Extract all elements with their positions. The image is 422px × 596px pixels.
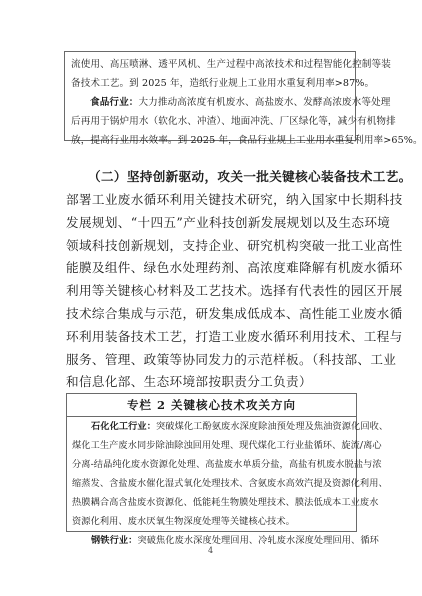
section-heading: （二）坚持创新驱动，攻关一批关键核心装备技术工艺。 bbox=[66, 166, 388, 189]
body-line-6: 技术综合集成与示范，研发集成低成本、高性能工业废水循 bbox=[66, 303, 366, 326]
food-industry-first-line: 大力推动高浓度有机废水、高盐废水、发酵高浓废水等处理 bbox=[138, 97, 390, 108]
body-line-4: 能膜及组件、绿色水处理药剂、高浓度难降解有机废水循环 bbox=[66, 257, 366, 280]
petro-industry-label: 石化化工行业： bbox=[91, 421, 156, 432]
body-line-8: 服务、管理、政策等协同发力的示范样板。（科技部、工业 bbox=[66, 349, 366, 372]
petro-line-5: 热膜耦合高含盐废水资源化、低能耗生物膜处理技术、膜法低成本工业废水 bbox=[72, 493, 352, 512]
petro-industry-paragraph: 石化化工行业：突破煤化工酚氨废水深度除油预处理及焦油资源化回收、 bbox=[72, 417, 352, 436]
steel-industry-label: 钢铁行业： bbox=[91, 535, 137, 546]
box1-line-2: 备技术工艺。到 2025 年，造纸行业规上工业用水重复利用率>87%。 bbox=[71, 74, 350, 93]
box2-body: 石化化工行业：突破煤化工酚氨废水深度除油预处理及焦油资源化回收、 煤化工生产废水… bbox=[67, 417, 356, 550]
food-industry-label: 食品行业： bbox=[90, 97, 138, 108]
page-number: 4 bbox=[208, 546, 213, 555]
box1-food-line-2: 后再用于锅炉用水（软化水、冲渣）、地面冲洗、厂区绿化等，减少有机物排 bbox=[71, 112, 350, 131]
petro-line-6: 资源化利用、废水厌氧生物深度处理等关键核心技术。 bbox=[72, 512, 352, 531]
box1-food-line-3: 放，提高行业用水效率。到 2025 年，食品行业规上工业用水重复利用率>65%。 bbox=[71, 131, 350, 150]
petro-first-line: 突破煤化工酚氨废水深度除油预处理及焦油资源化回收、 bbox=[156, 421, 388, 432]
text-box-key-technologies: 专栏 2 关键核心技术攻关方向 石化化工行业：突破煤化工酚氨废水深度除油预处理及… bbox=[66, 393, 357, 532]
body-line-2: 发展规划、“十四五”产业科技创新发展规划以及生态环境 bbox=[66, 212, 366, 235]
petro-line-4: 缩蒸发、含盐废水催化湿式氧化处理技术、含氨废水高效汽提及资源化利用、 bbox=[72, 474, 352, 493]
body-line-1: 部署工业废水循环利用关键技术研究，纳入国家中长期科技 bbox=[66, 189, 366, 212]
steel-first-line: 突破焦化废水深度处理回用、冷轧废水深度处理回用、循环 bbox=[137, 535, 378, 546]
food-industry-paragraph: 食品行业：大力推动高浓度有机废水、高盐废水、发酵高浓废水等处理 bbox=[71, 93, 350, 112]
box1-line-1: 流使用、高压喷淋、透平风机、生产过程中高浓技术和过程智能化控制等装 bbox=[71, 55, 350, 74]
body-line-5: 利用等关键核心材料及工艺技术。选择有代表性的园区开展 bbox=[66, 280, 366, 303]
body-line-7: 环利用装备技术工艺，打造工业废水循环利用技术、工程与 bbox=[66, 326, 366, 349]
body-line-3: 领域科技创新规划，支持企业、研究机构突破一批工业高性 bbox=[66, 235, 366, 258]
petro-line-2: 煤化工生产废水同步除油除浊回用处理、现代煤化工行业盐循环、旋流/离心 bbox=[72, 436, 352, 455]
box2-title: 专栏 2 关键核心技术攻关方向 bbox=[67, 394, 356, 417]
petro-line-3: 分离-结晶纯化废水资源化处理、高盐废水单质分盐，高盐有机废水脱盐与浓 bbox=[72, 455, 352, 474]
section-body-paragraph: 部署工业废水循环利用关键技术研究，纳入国家中长期科技 发展规划、“十四五”产业科… bbox=[66, 189, 366, 394]
text-box-industry-targets: 流使用、高压喷淋、透平风机、生产过程中高浓技术和过程智能化控制等装 备技术工艺。… bbox=[64, 51, 356, 141]
body-line-9: 和信息化部、生态环境部按职责分工负责） bbox=[66, 371, 366, 394]
